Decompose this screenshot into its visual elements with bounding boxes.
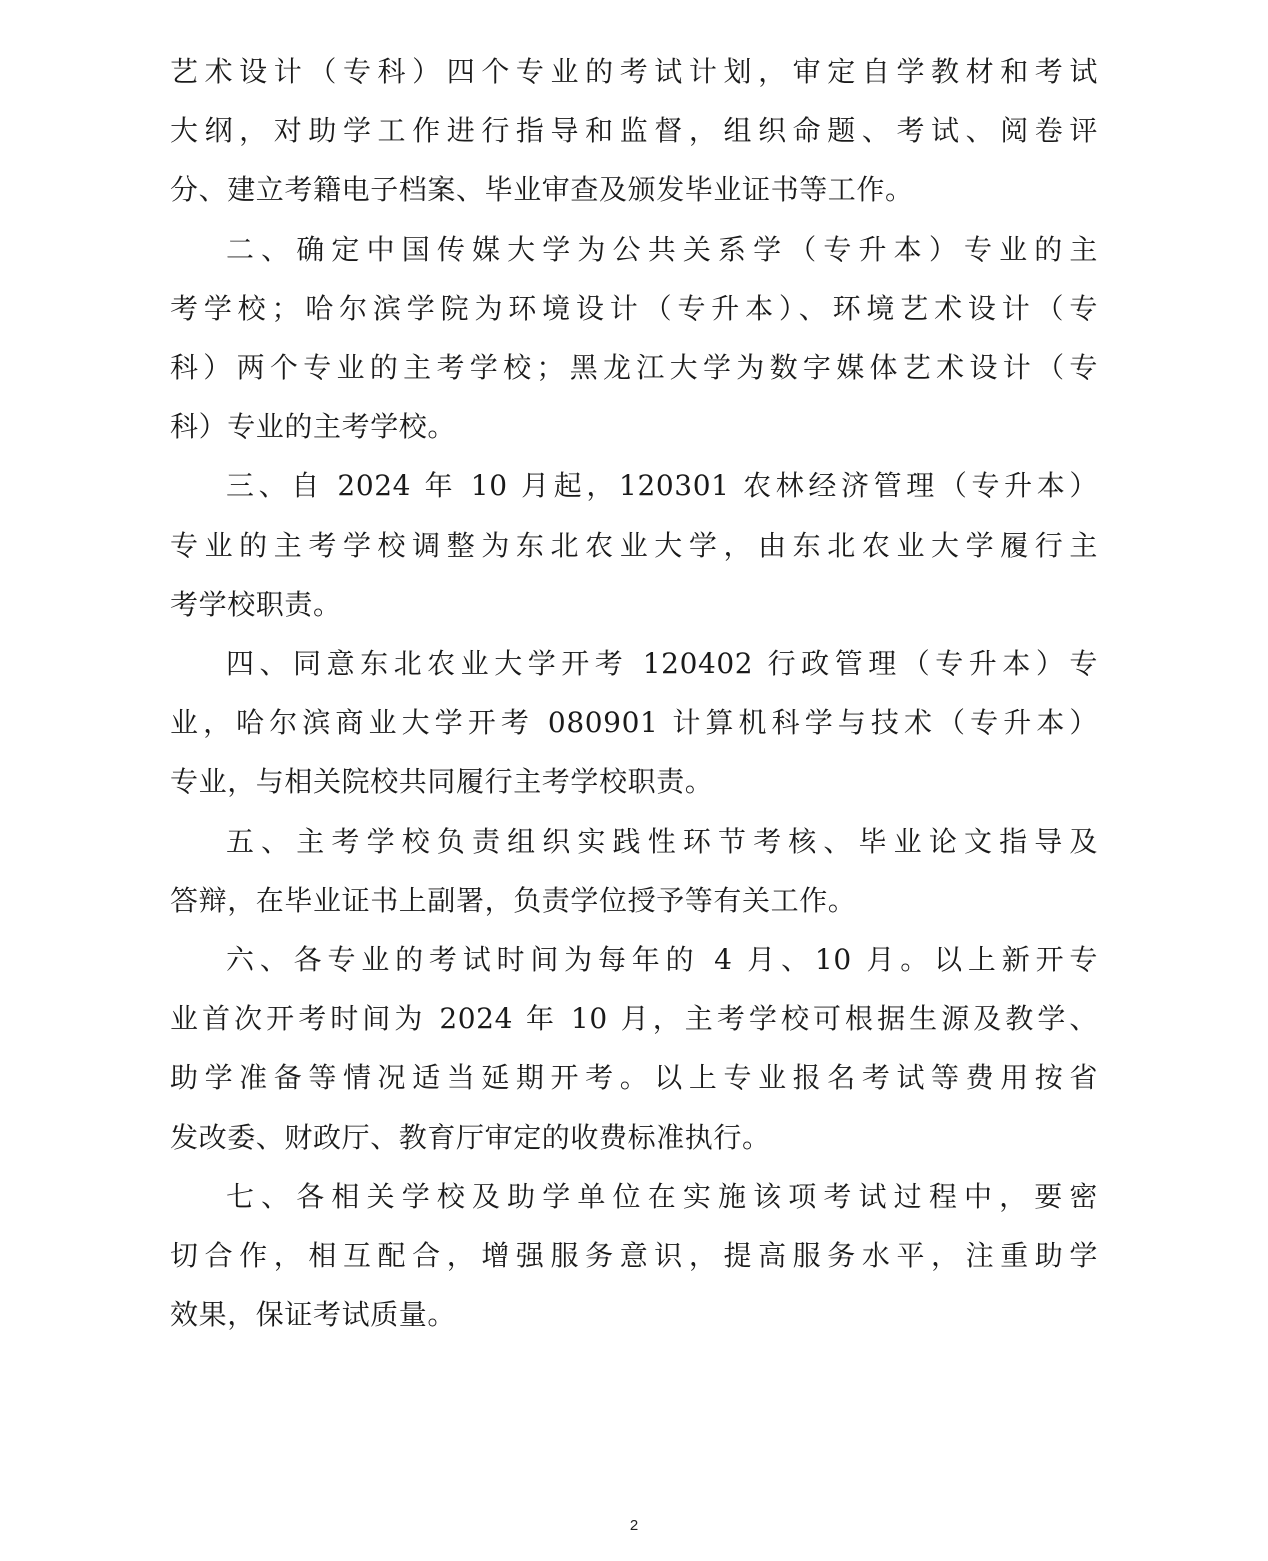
text-line: 七、各相关学校及助学单位在实施该项考试过程中，要密 xyxy=(170,1167,1098,1226)
paragraph-continuation: 艺术设计（专科）四个专业的考试计划，审定自学教材和考试 大纲，对助学工作进行指导… xyxy=(170,42,1098,220)
paragraph-item-7: 七、各相关学校及助学单位在实施该项考试过程中，要密 切合作，相互配合，增强服务意… xyxy=(170,1167,1098,1345)
text-line: 切合作，相互配合，增强服务意识，提高服务水平，注重助学 xyxy=(170,1226,1098,1285)
document-body: 艺术设计（专科）四个专业的考试计划，审定自学教材和考试 大纲，对助学工作进行指导… xyxy=(170,42,1098,1344)
text-line: 专业，与相关院校共同履行主考学校职责。 xyxy=(170,752,1098,811)
text-line: 效果，保证考试质量。 xyxy=(170,1285,1098,1344)
text-line: 三、自 2024 年 10 月起，120301 农林经济管理（专升本） xyxy=(170,456,1098,515)
paragraph-item-2: 二、确定中国传媒大学为公共关系学（专升本）专业的主 考学校；哈尔滨学院为环境设计… xyxy=(170,220,1098,457)
text-line: 分、建立考籍电子档案、毕业审查及颁发毕业证书等工作。 xyxy=(170,160,1098,219)
document-page: 艺术设计（专科）四个专业的考试计划，审定自学教材和考试 大纲，对助学工作进行指导… xyxy=(0,0,1268,1561)
page-number: 2 xyxy=(0,1517,1268,1534)
text-line: 专业的主考学校调整为东北农业大学，由东北农业大学履行主 xyxy=(170,516,1098,575)
text-line: 五、主考学校负责组织实践性环节考核、毕业论文指导及 xyxy=(170,812,1098,871)
text-line: 发改委、财政厅、教育厅审定的收费标准执行。 xyxy=(170,1108,1098,1167)
text-line: 二、确定中国传媒大学为公共关系学（专升本）专业的主 xyxy=(170,220,1098,279)
paragraph-item-4: 四、同意东北农业大学开考 120402 行政管理（专升本）专 业，哈尔滨商业大学… xyxy=(170,634,1098,812)
text-line: 科）两个专业的主考学校；黑龙江大学为数字媒体艺术设计（专 xyxy=(170,338,1098,397)
text-line: 六、各专业的考试时间为每年的 4 月、10 月。以上新开专 xyxy=(170,930,1098,989)
text-line: 助学准备等情况适当延期开考。以上专业报名考试等费用按省 xyxy=(170,1048,1098,1107)
text-line: 科）专业的主考学校。 xyxy=(170,397,1098,456)
text-line: 业，哈尔滨商业大学开考 080901 计算机科学与技术（专升本） xyxy=(170,693,1098,752)
text-line: 答辩，在毕业证书上副署，负责学位授予等有关工作。 xyxy=(170,871,1098,930)
text-line: 艺术设计（专科）四个专业的考试计划，审定自学教材和考试 xyxy=(170,42,1098,101)
text-line: 四、同意东北农业大学开考 120402 行政管理（专升本）专 xyxy=(170,634,1098,693)
text-line: 业首次开考时间为 2024 年 10 月，主考学校可根据生源及教学、 xyxy=(170,989,1098,1048)
text-line: 考学校职责。 xyxy=(170,575,1098,634)
paragraph-item-5: 五、主考学校负责组织实践性环节考核、毕业论文指导及 答辩，在毕业证书上副署，负责… xyxy=(170,812,1098,930)
paragraph-item-3: 三、自 2024 年 10 月起，120301 农林经济管理（专升本） 专业的主… xyxy=(170,456,1098,634)
text-line: 大纲，对助学工作进行指导和监督，组织命题、考试、阅卷评 xyxy=(170,101,1098,160)
text-line: 考学校；哈尔滨学院为环境设计（专升本）、环境艺术设计（专 xyxy=(170,279,1098,338)
paragraph-item-6: 六、各专业的考试时间为每年的 4 月、10 月。以上新开专 业首次开考时间为 2… xyxy=(170,930,1098,1167)
